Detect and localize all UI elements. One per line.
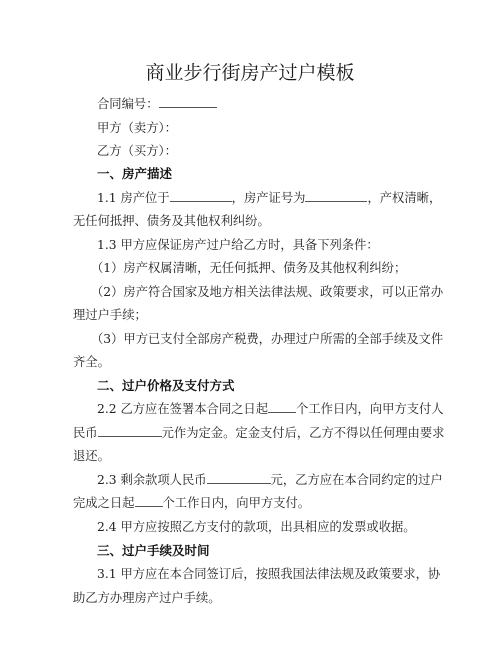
clause-3-1: 3.1 甲方应在本合同签订后，按照我国法律法规及政策要求，协 — [97, 566, 440, 582]
deposit-amount-blank — [98, 425, 162, 437]
clause-text: ，房产证号为 — [232, 191, 306, 205]
clause-1-1: 1.1 房产位于，房产证号为，产权清晰， — [97, 190, 441, 206]
clause-text: 元作为定金。定金支付后，乙方不得以任何理由要求 — [162, 426, 445, 440]
clause-2-4: 2.4 甲方应按照乙方支付的款项，出具相应的发票或收据。 — [97, 519, 416, 535]
clause-3-1-cont: 助乙方办理房产过户手续。 — [73, 590, 221, 606]
contract-number-blank — [159, 96, 217, 108]
clause-text: 个工作日内，向甲方支付。 — [163, 496, 311, 510]
clause-text: 1.1 房产位于 — [97, 191, 170, 205]
certificate-number-blank — [305, 190, 367, 202]
clause-2-3-line2: 完成之日起个工作日内，向甲方支付。 — [73, 495, 310, 511]
clause-text: 2.2 乙方应在签署本合同之日起 — [97, 402, 268, 416]
clause-text: 民币 — [73, 426, 98, 440]
clause-text: 2.3 剩余款项人民币 — [97, 473, 207, 487]
condition-3-cont: 齐全。 — [73, 354, 110, 370]
clause-1-3: 1.3 甲方应保证房产过户给乙方时，具备下列条件： — [97, 237, 379, 253]
section-3-heading: 三、过户手续及时间 — [97, 543, 210, 559]
clause-text: 元，乙方应在本合同约定的过户 — [271, 473, 443, 487]
clause-text: 完成之日起 — [73, 496, 135, 510]
condition-3: （3）甲方已支付全部房产税费，办理过户所需的全部手续及文件 — [91, 331, 443, 347]
contract-number-label: 合同编号： — [97, 97, 159, 111]
condition-2-cont: 理过户手续； — [73, 307, 147, 323]
clause-2-2-cont: 退还。 — [73, 448, 110, 464]
party-a-label: 甲方（卖方）： — [97, 120, 177, 136]
condition-1: （1）房产权属清晰，无任何抵押、债务及其他权利纠纷； — [91, 260, 406, 276]
clause-1-1-cont: 无任何抵押、债务及其他权利纠纷。 — [73, 213, 270, 229]
clause-2-3: 2.3 剩余款项人民币元，乙方应在本合同约定的过户 — [97, 472, 443, 488]
clause-text: ，产权清晰， — [367, 191, 441, 205]
contract-number-line: 合同编号： — [97, 96, 217, 112]
days-blank — [268, 401, 296, 413]
remaining-amount-blank — [207, 472, 271, 484]
clause-text: 个工作日内，向甲方支付人 — [296, 402, 444, 416]
document-title: 商业步行街房产过户模板 — [0, 58, 500, 85]
location-blank — [170, 190, 232, 202]
party-b-label: 乙方（买方）： — [97, 143, 177, 159]
days-blank — [135, 495, 163, 507]
clause-2-2: 2.2 乙方应在签署本合同之日起个工作日内，向甲方支付人 — [97, 401, 444, 417]
section-2-heading: 二、过户价格及支付方式 — [97, 378, 235, 394]
condition-2: （2）房产符合国家及地方相关法律法规、政策要求，可以正常办 — [91, 284, 443, 300]
clause-2-2-line2: 民币元作为定金。定金支付后，乙方不得以任何理由要求 — [73, 425, 444, 441]
section-1-heading: 一、房产描述 — [97, 166, 172, 182]
